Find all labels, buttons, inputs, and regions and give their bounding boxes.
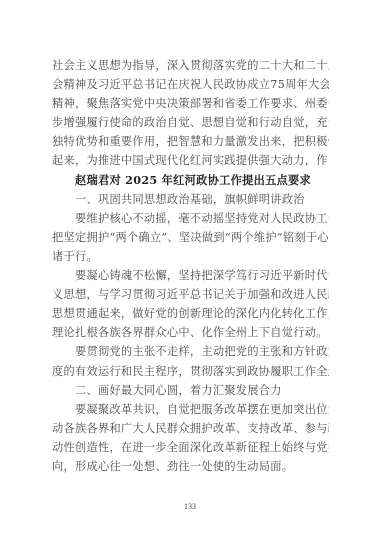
text-line: 思想贯通起来，做好党的创新理论的深化内化转化工作，推动党的创新 [52,304,329,323]
text-line: 义思想，与学习贯彻习近平总书记关于加强和改进人民政协工作的重要 [52,285,329,304]
text-line: 社会主义思想为指导，深入贯彻落实党的二十大和二十届二中、三中全 [52,56,329,75]
page-number: 133 [0,502,380,511]
text-line: 精神，聚焦落实党中央决策部署和省委工作要求、州委中心工作，进一 [52,94,329,113]
text-line: 要贯彻党的主张不走样，主动把党的主张和方针政策，通过政协制 [52,342,329,361]
text-line: 动各族各界和广大人民群众拥护改革、支持改革、参与改革的积极性主 [52,419,329,438]
text-line: 要凝心铸魂不松懈，坚持把深学笃行习近平新时代中国特色社会主 [52,266,329,285]
text-line: 动性创造性，在进一步全面深化改革新征程上始终与党委、政府同心同 [52,438,329,457]
text-line: 度的有效运行和民主程序，贯彻落实到政协履职工作全过程各方面。 [52,362,329,381]
text-line: 会精神及习近平总书记在庆祝人民政协成立75周年大会上的重要讲话 [52,75,329,94]
text-line: 一、巩固共同思想政治基础，旗帜鲜明讲政治 [52,190,329,209]
text-line: 诸于行。 [52,247,329,266]
section-heading: 赵瑞君对 2025 年红河政协工作提出五点要求 [52,171,329,190]
text-line: 独特优势和重要作用，把智慧和力量激发出来，把积极性和创造性调动 [52,132,329,151]
text-line: 要维护核心不动摇，毫不动摇坚持党对人民政协工作的全面领导， [52,209,329,228]
text-line: 起来，为推进中国式现代化红河实践提供强大动力，作出更大贡献。 [52,151,329,170]
text-line: 理论扎根各族各界群众心中、化作全州上下自觉行动。 [52,323,329,342]
document-page: 社会主义思想为指导，深入贯彻落实党的二十大和二十届二中、三中全会精神及习近平总书… [0,0,380,537]
text-line: 把坚定拥护“两个确立”、坚决做到“两个维护”铭刻于心、熔铸于魂、付 [52,228,329,247]
text-line: 二、画好最大同心圆，着力汇聚发展合力 [52,381,329,400]
text-line: 向，形成心往一处想、劲往一处使的生动局面。 [52,457,329,476]
body-text: 社会主义思想为指导，深入贯彻落实党的二十大和二十届二中、三中全会精神及习近平总书… [52,56,329,476]
text-line: 要凝聚改革共识，自觉把服务改革摆在更加突出位置，充分有效调 [52,400,329,419]
text-line: 步增强履行使命的政治自觉、思想自觉和行动自觉，充分发挥协商民主 [52,113,329,132]
